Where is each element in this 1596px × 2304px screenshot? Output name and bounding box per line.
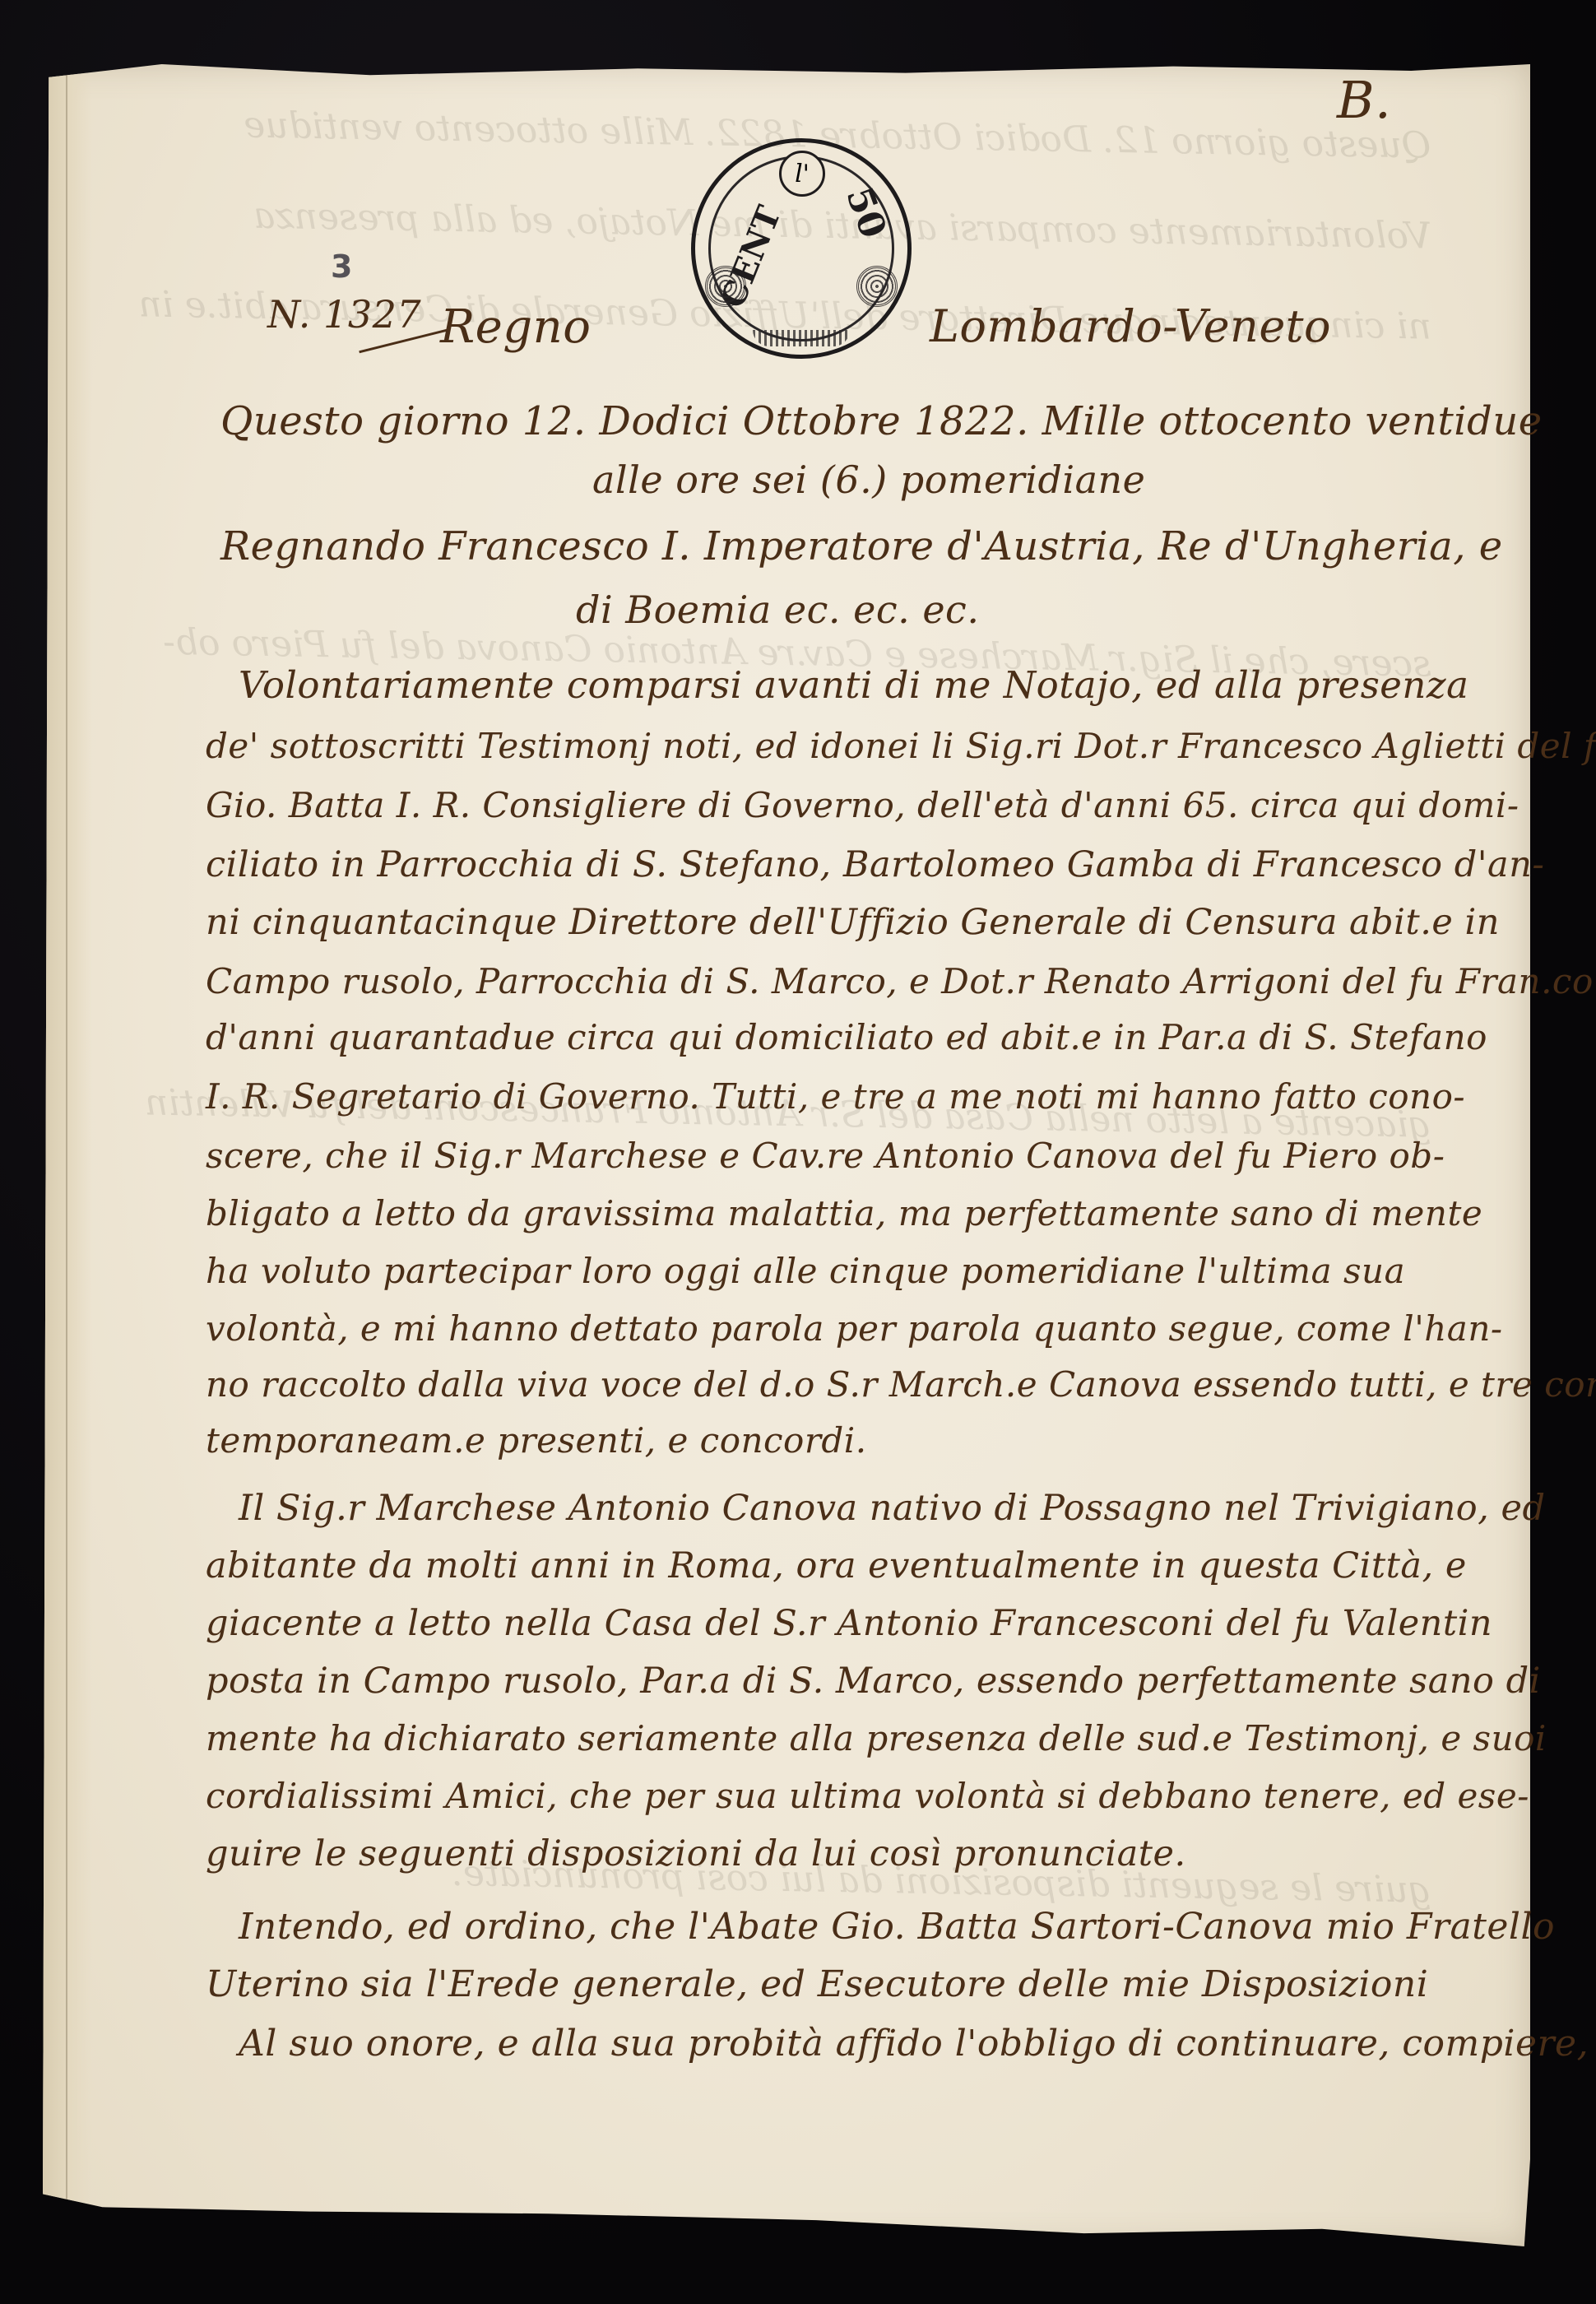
text-line: giacente a letto nella Casa del S.r Anto… <box>206 1606 1492 1642</box>
text-line: guire le seguenti disposizioni da lui co… <box>206 1837 1186 1872</box>
rosette-icon <box>856 266 898 307</box>
text-line: ha voluto partecipar loro oggi alle cinq… <box>206 1254 1405 1289</box>
text-line: I. R. Segretario di Governo. Tutti, e tr… <box>206 1080 1465 1114</box>
text-line: Regnando Francesco I. Imperatore d'Austr… <box>220 527 1503 566</box>
stamp-ornament-band <box>753 330 850 346</box>
text-line: Volontariamente comparsi avanti di me No… <box>239 667 1468 704</box>
text-line: abitante da molti anni in Roma, ora even… <box>206 1549 1467 1584</box>
text-line: posta in Campo rusolo, Par.a di S. Marco… <box>206 1664 1541 1699</box>
text-line: Al suo onore, e alla sua probità affido … <box>239 2026 1589 2062</box>
text-line: cordialissimi Amici, che per sua ultima … <box>206 1779 1529 1814</box>
fold-crease <box>66 64 67 2246</box>
text-line: bligato a letto da gravissima malattia, … <box>206 1196 1482 1231</box>
text-line: Intendo, ed ordino, che l'Abate Gio. Bat… <box>239 1909 1555 1945</box>
text-line: temporaneam.e presenti, e concordi. <box>206 1424 867 1458</box>
registry-number: N. 1327 <box>267 292 421 337</box>
text-line: ciliato in Parrocchia di S. Stefano, Bar… <box>206 848 1544 883</box>
text-line: volontà, e mi hanno dettato parola per p… <box>206 1312 1503 1346</box>
stamp-crown-emblem-icon: l' <box>779 151 825 197</box>
document-scan: Questo giorno 12. Dodici Ottobre 1822. M… <box>0 0 1596 2304</box>
text-line: Gio. Batta I. R. Consigliere di Governo,… <box>206 788 1519 823</box>
rosette-icon <box>705 266 746 307</box>
heading-kingdom-word: Regno <box>440 300 591 354</box>
folio-mark: B. <box>1337 70 1391 130</box>
text-line: de' sottoscritti Testimonj noti, ed idon… <box>206 729 1596 764</box>
text-line: mente ha dichiarato seriamente alla pres… <box>206 1721 1547 1756</box>
text-line: Il Sig.r Marchese Antonio Canova nativo … <box>239 1491 1545 1526</box>
pencil-number: 3 <box>331 249 352 285</box>
registry-number-text: N. 1327 <box>267 292 421 337</box>
text-line: Campo rusolo, Parrocchia di S. Marco, e … <box>206 964 1594 999</box>
text-line: di Boemia ec. ec. ec. <box>576 591 979 629</box>
text-line: d'anni quarantadue circa qui domiciliato… <box>206 1020 1487 1055</box>
heading-kingdom-name: Lombardo-Veneto <box>930 300 1331 352</box>
text-line: Questo giorno 12. Dodici Ottobre 1822. M… <box>220 402 1543 441</box>
tax-stamp: l' CENT 50 <box>691 138 912 359</box>
text-line: no raccolto dalla viva voce del d.o S.r … <box>206 1368 1596 1402</box>
text-line: scere, che il Sig.r Marchese e Cav.re An… <box>206 1139 1445 1173</box>
paper-fold <box>43 64 92 2246</box>
text-line: Uterino sia l'Erede generale, ed Esecuto… <box>206 1967 1428 2003</box>
text-line: alle ore sei (6.) pomeridiane <box>592 461 1145 499</box>
text-line: ni cinquantacinque Direttore dell'Uffizi… <box>206 905 1500 941</box>
